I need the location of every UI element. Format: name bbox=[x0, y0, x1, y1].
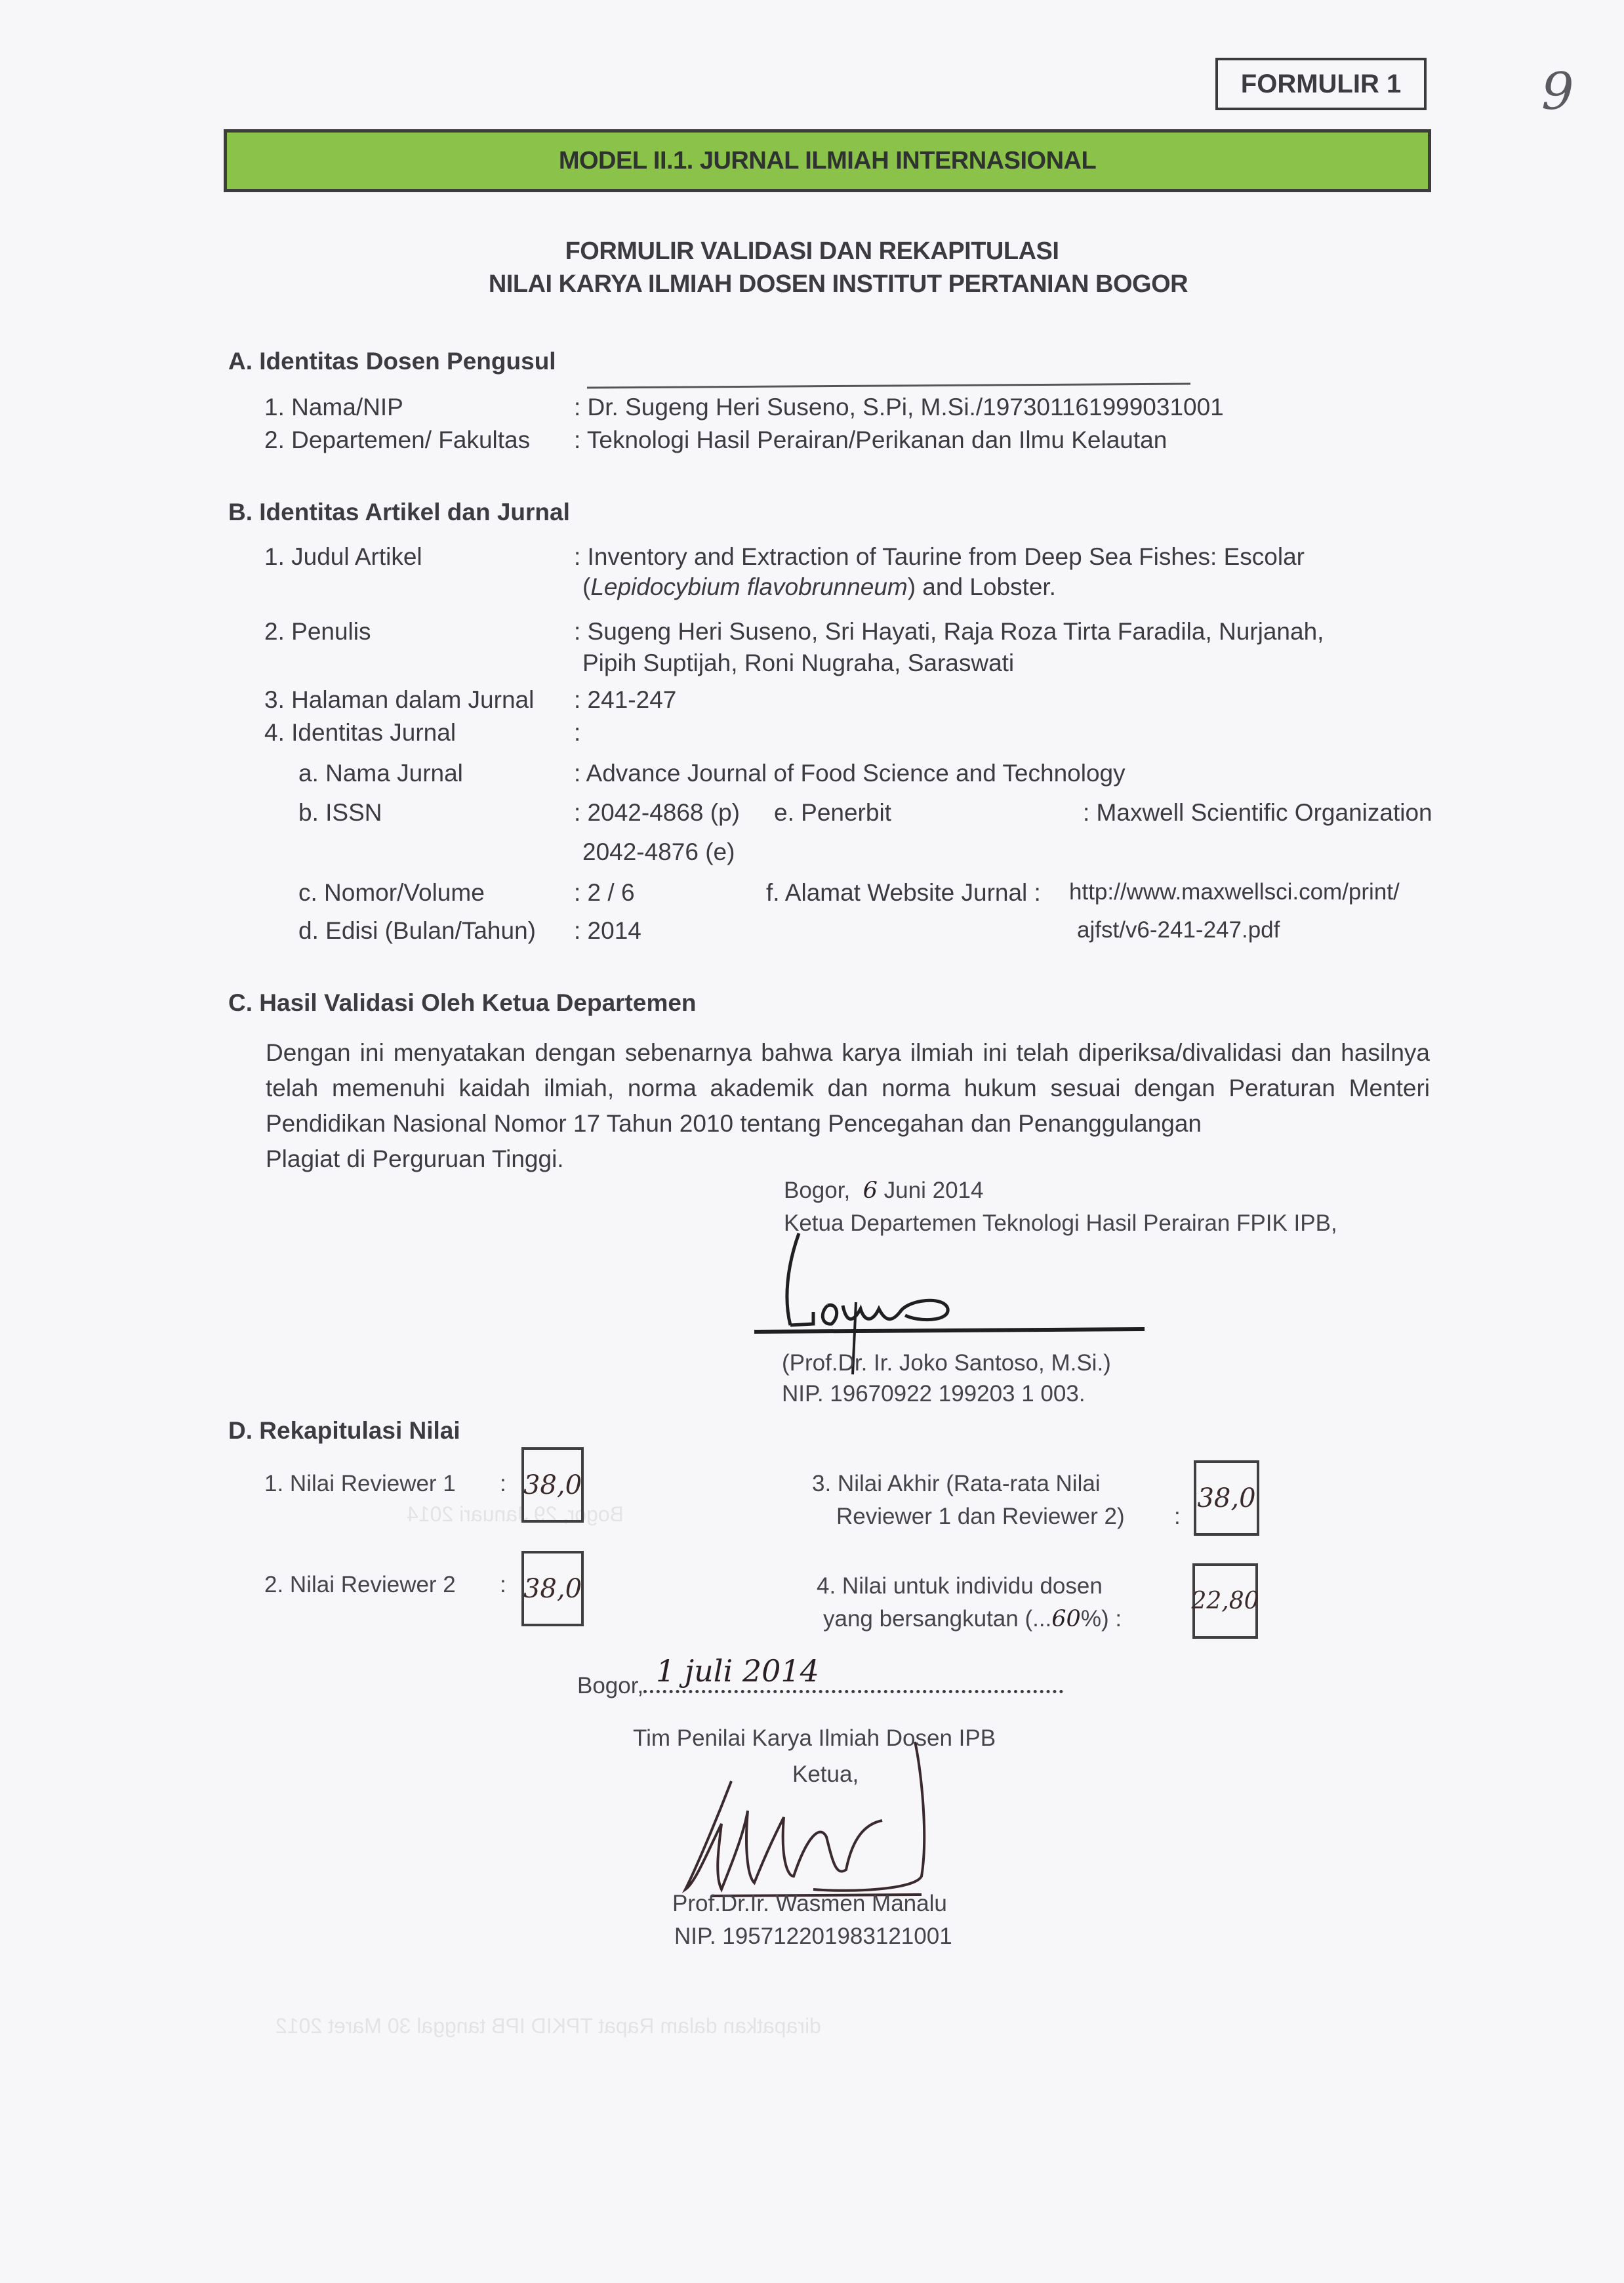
team-lead-name: Prof.Dr.Ir. Wasmen Manalu bbox=[672, 1891, 947, 1917]
scanned-form-page: Bogor, 29 Januari 2014 dirapatkan dalam … bbox=[0, 0, 1624, 2283]
team-lead-nip: NIP. 195712201983121001 bbox=[674, 1923, 952, 1950]
